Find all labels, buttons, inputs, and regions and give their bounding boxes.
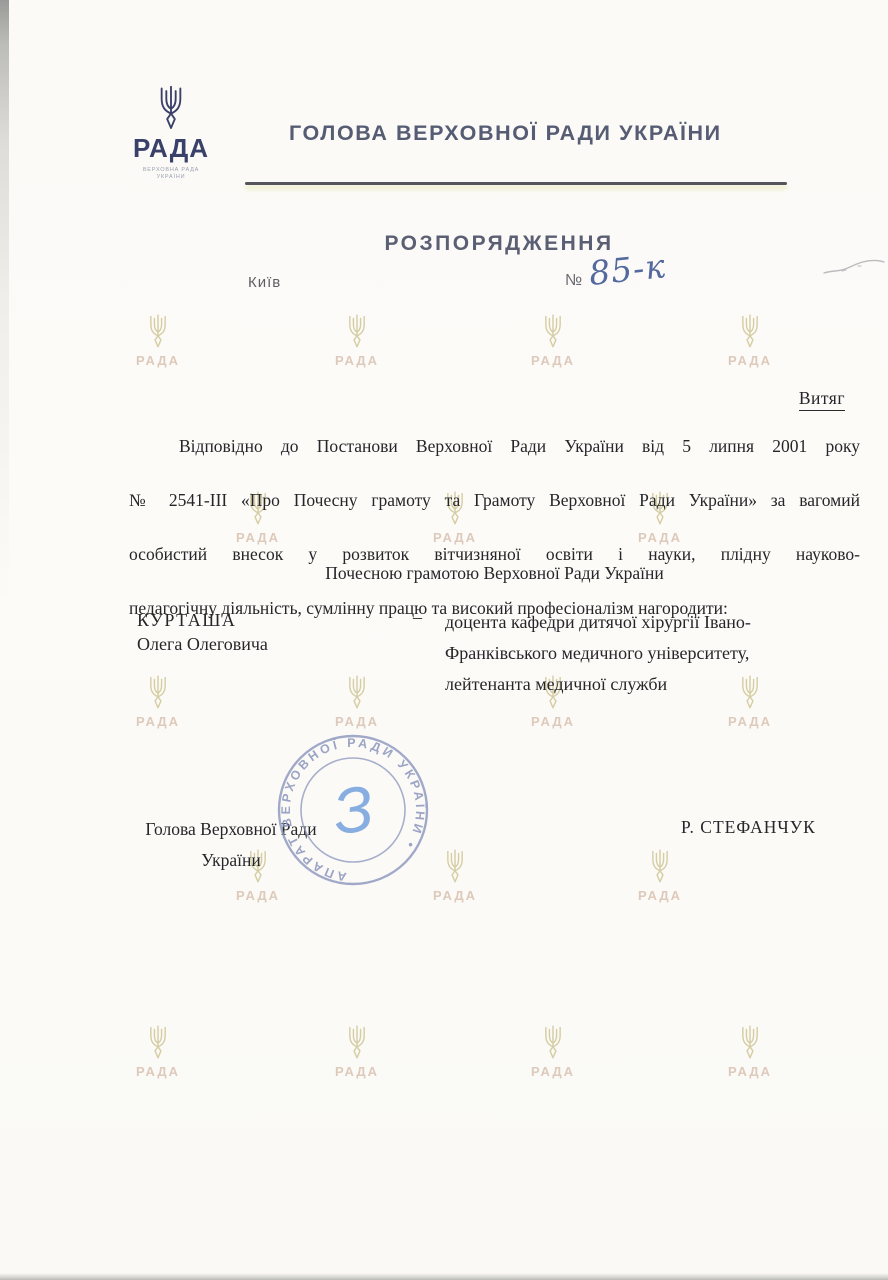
handwritten-document-number: 85-к [587,246,668,293]
paragraph-line: Відповідно до Постанови Верховної Ради У… [129,433,860,487]
paragraph-line: № 2541-III «Про Почесну грамоту та Грамо… [129,487,860,541]
rada-logo: РАДА ВЕРХОВНА РАДА УКРАЇНИ [130,84,212,180]
position-line: лейтенанта медичної служби [445,669,829,700]
scan-edge-left [0,0,9,620]
logo-wordmark: РАДА [130,133,212,164]
document-page: РАДА РАДА РАДА РАДА РАДА РАДА РАДА [0,0,888,1280]
awardee-given-name: Олега Олеговича [137,632,268,656]
official-round-stamp: АПАРАТ ВЕРХОВНОЇ РАДИ УКРАЇНИ • З [274,731,432,889]
position-line: доцента кафедри дитячої хірургії Івано- [445,607,829,638]
awardee-position-block: доцента кафедри дитячої хірургії Івано- … [445,607,829,700]
body-paragraph: Відповідно до Постанови Верховної Ради У… [129,433,860,622]
awardee-name-block: КУРТАША Олега Олеговича [137,608,268,656]
header-rule [245,182,787,185]
stamp-handwritten-mark: З [329,772,378,849]
position-line: Франківського медичного університету, [445,638,829,669]
signatory-name: Р. СТЕФАНЧУК [681,817,816,838]
trident-logo-icon [154,84,188,132]
scan-edge-bottom [0,1273,888,1280]
awardee-surname: КУРТАША [137,608,268,632]
city-label: Київ [248,274,281,291]
page-title: ГОЛОВА ВЕРХОВНОЇ РАДИ УКРАЇНИ [289,121,722,146]
pen-stroke-artifact [822,254,886,282]
list-dash: – [413,607,422,628]
extract-label: Витяг [799,388,845,411]
award-title-line: Почесною грамотою Верховної Ради України [129,563,860,584]
logo-subtext: ВЕРХОВНА РАДА УКРАЇНИ [130,167,212,180]
scan-edge-top [0,0,888,3]
number-sign: № [565,272,582,290]
